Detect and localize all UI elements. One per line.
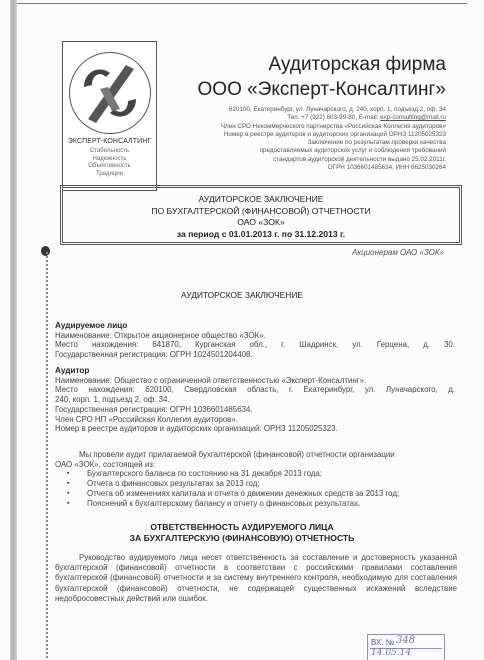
report-entity: ОАО «ЗОК» (63, 217, 459, 229)
stamp-number: 348 (396, 635, 415, 646)
motto-line: Объективность (63, 163, 156, 171)
email-link[interactable]: exp-consulting@mail.ru (380, 114, 446, 121)
firm-registry: Номер в реестре аудиторов и аудиторских … (221, 131, 446, 139)
statement-item: Отчета об изменениях капитала и отчета о… (87, 489, 455, 499)
firm-quality-line: предоставляемых аудиторских услуг и собл… (221, 147, 446, 155)
stamp-date: 14.05.14 (371, 648, 411, 658)
logo-motto: Стабильность Надежность Объективность Тр… (63, 148, 156, 178)
report-title: АУДИТОРСКОЕ ЗАКЛЮЧЕНИЕ (63, 194, 459, 206)
heading-line: ЗА БУХГАЛТЕРСКУЮ (ФИНАНСОВУЮ) ОТЧЕТНОСТЬ (0, 533, 484, 544)
firm-name: ООО «Эксперт-Консалтинг» (198, 77, 446, 102)
firm-address: 620100, Екатеринбург, ул. Луначарского, … (221, 106, 446, 114)
incoming-stamp: ВХ. № 348 14.05.14 (367, 634, 445, 660)
report-subtitle: ПО БУХГАЛТЕРСКОЙ (ФИНАНСОВОЙ) ОТЧЕТНОСТИ (63, 206, 459, 218)
report-title-box: АУДИТОРСКОЕ ЗАКЛЮЧЕНИЕ ПО БУХГАЛТЕРСКОЙ … (60, 185, 462, 245)
company-logo: ЭКСПЕРТ-КОНСАЛТИНГ Стабильность Надежнос… (62, 41, 157, 191)
firm-contacts: Тел. +7 (922) 603-99-80, E-mail: exp-con… (221, 114, 446, 122)
audited-entity-block: Аудируемое лицо Наименование: Открытое а… (55, 321, 455, 360)
stamp-label: ВХ. № (371, 638, 394, 647)
responsibility-paragraph: Руководство аудируемого лица несет ответ… (55, 553, 457, 604)
heading-line: ОТВЕТСТВЕННОСТЬ АУДИРУЕМОГО ЛИЦА (0, 522, 484, 533)
auditor-name: Наименование: Общество с ограниченной от… (55, 376, 455, 386)
addressee: Акционерам ОАО «ЗОК» (352, 248, 444, 257)
section-heading-opinion: АУДИТОРСКОЕ ЗАКЛЮЧЕНИЕ (0, 290, 484, 300)
auditor-membership: Член СРО НП «Российская Коллегия аудитор… (55, 415, 455, 425)
statement-item: Отчета о финансовых результатах за 2013 … (87, 479, 455, 489)
audit-scope-block: Мы провели аудит прилагаемой бухгалтерск… (55, 450, 455, 508)
section-heading-responsibility: ОТВЕТСТВЕННОСТЬ АУДИРУЕМОГО ЛИЦА ЗА БУХГ… (0, 522, 484, 544)
audited-entity-location: Место нахождения: 641870, Курганская обл… (55, 340, 455, 350)
firm-contact-info: 620100, Екатеринбург, ул. Луначарского, … (221, 106, 446, 172)
scan-binding-edge (10, 0, 17, 660)
statement-item: Бухгалтерского баланса по состоянию на 3… (87, 469, 455, 479)
binding-thread (46, 252, 48, 660)
auditor-registry: Номер в реестре аудиторов и аудиторских … (55, 424, 455, 434)
motto-line: Традиции (63, 171, 156, 179)
auditor-location: Место нахождения: 620100, Свердловская о… (55, 385, 455, 395)
auditor-block: Аудитор Наименование: Общество с огранич… (55, 366, 455, 434)
top-border-line (17, 3, 467, 4)
ek-monogram-logo-icon (69, 52, 151, 134)
audited-entity-registration: Государственная регистрация: ОГРН 102450… (55, 350, 455, 360)
report-period: за период с 01.01.2013 г. по 31.12.2013 … (63, 229, 459, 241)
firm-ids: ОГРН 1036601485634, ИНН 6625030264 (221, 164, 446, 172)
firm-membership: Член СРО Некоммерческого партнерства «Ро… (221, 123, 446, 131)
intro-text: Мы провели аудит прилагаемой бухгалтерск… (55, 450, 455, 460)
motto-line: Надежность (63, 156, 156, 164)
statement-item: Пояснений к бухгалтерскому балансу и отч… (87, 499, 455, 509)
intro-text-cont: ОАО «ЗОК», состоящей из: (55, 460, 455, 470)
statement-list: Бухгалтерского баланса по состоянию на 3… (55, 469, 455, 508)
audited-entity-name: Наименование: Открытое акционерное общес… (55, 331, 455, 341)
firm-quality-line: стандартов аудиторской деятельности выда… (221, 156, 446, 164)
responsibility-text: Руководство аудируемого лица несет ответ… (55, 553, 457, 604)
audited-entity-heading: Аудируемое лицо (55, 321, 455, 331)
firm-title: Аудиторская фирма ООО «Эксперт-Консалтин… (198, 52, 446, 102)
auditor-heading: Аудитор (55, 366, 455, 376)
motto-line: Стабильность (63, 148, 156, 156)
auditor-location-cont: 240, корп. 1, подъезд 2, оф. 34. (55, 395, 455, 405)
firm-title-line: Аудиторская фирма (198, 52, 446, 77)
logo-company-name: ЭКСПЕРТ-КОНСАЛТИНГ (63, 138, 156, 145)
auditor-registration: Государственная регистрация: ОГРН 103660… (55, 405, 455, 415)
